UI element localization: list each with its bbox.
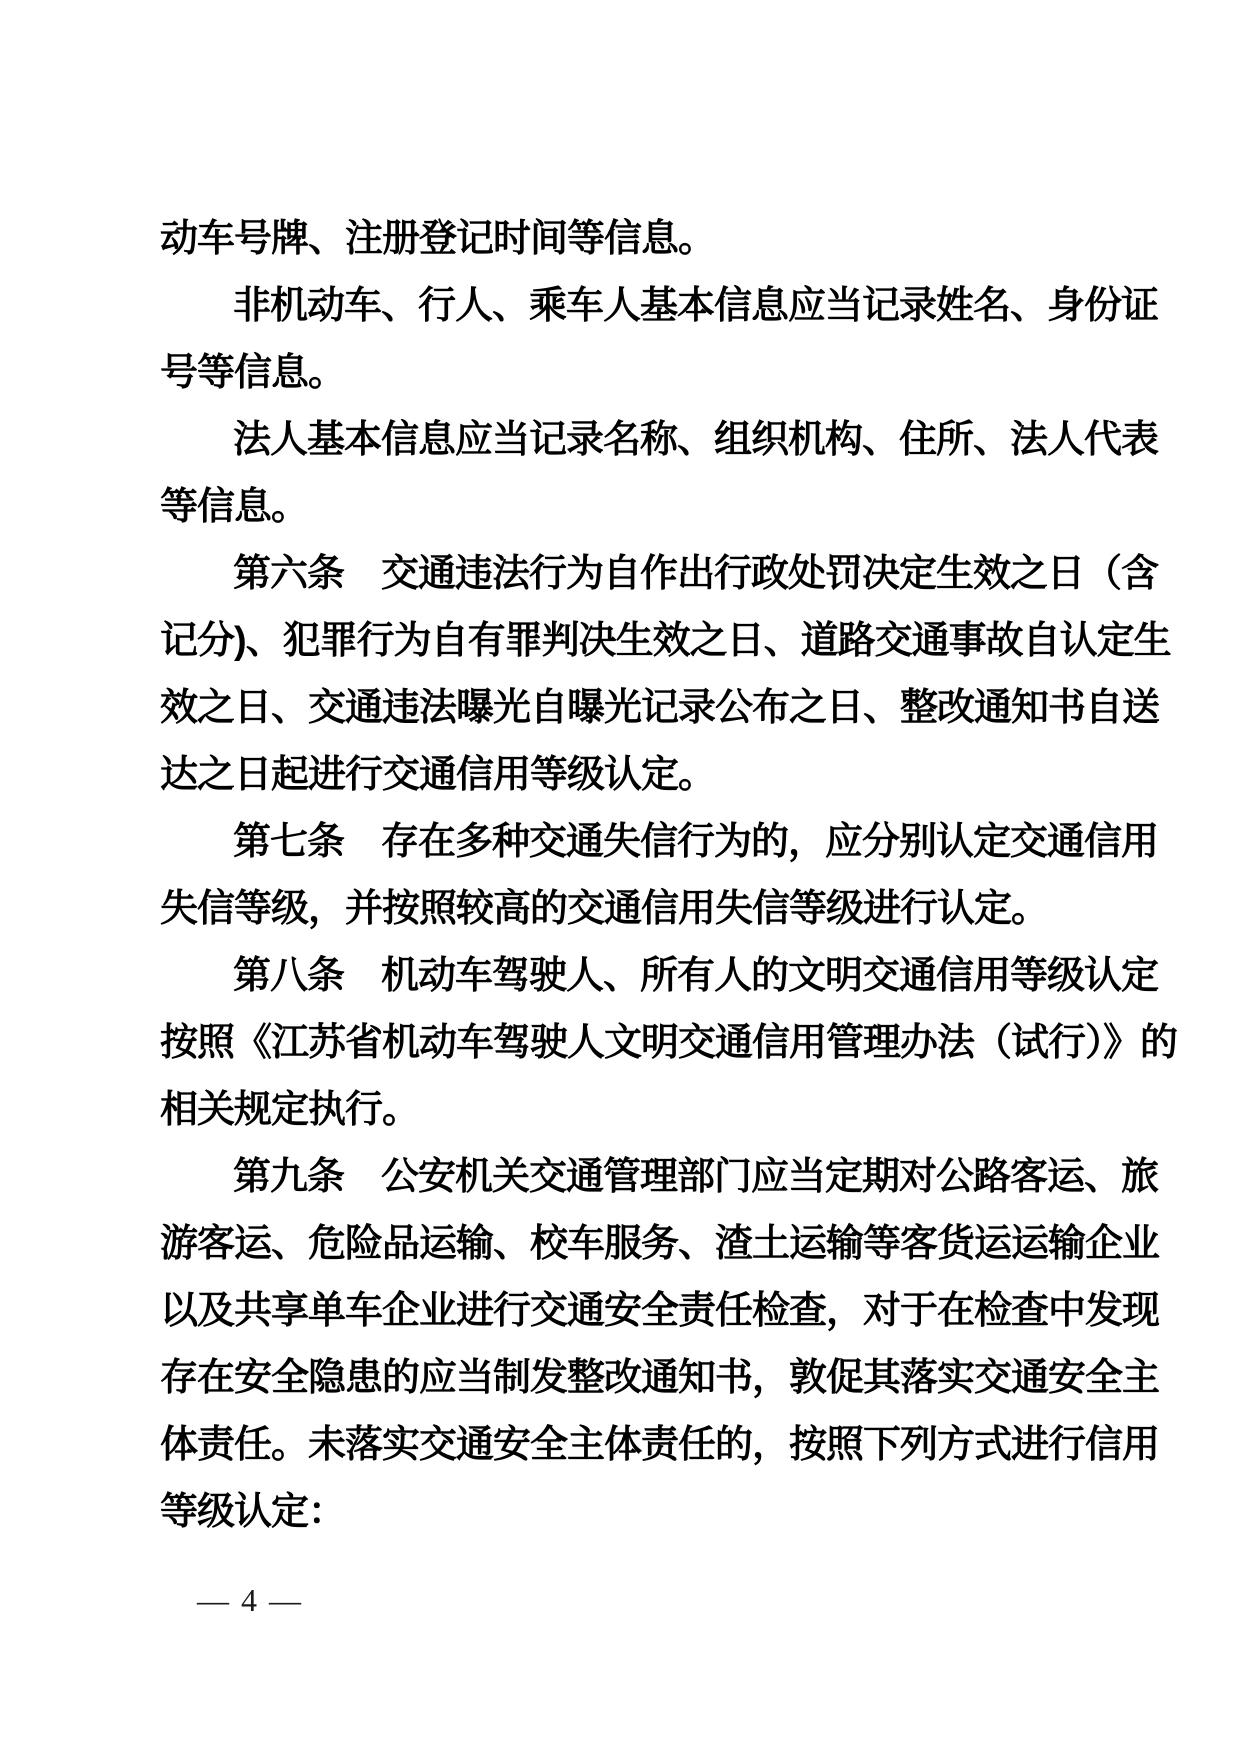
text-line: 动车号牌、注册登记时间等信息。 bbox=[160, 206, 1078, 273]
text-line: 以及共享单车企业进行交通安全责任检查，对于在检查中发现 bbox=[160, 1278, 1078, 1345]
text-line: 记分)、犯罪行为自有罪判决生效之日、道路交通事故自认定生 bbox=[160, 608, 1078, 675]
text-line: 达之日起进行交通信用等级认定。 bbox=[160, 742, 1078, 809]
text-line: 体责任。未落实交通安全主体责任的，按照下列方式进行信用 bbox=[160, 1412, 1078, 1479]
text-line: 游客运、危险品运输、校车服务、渣土运输等客货运运输企业 bbox=[160, 1211, 1078, 1278]
document-text-block: 动车号牌、注册登记时间等信息。非机动车、行人、乘车人基本信息应当记录姓名、身份证… bbox=[160, 206, 1078, 1546]
text-line: 相关规定执行。 bbox=[160, 1077, 1078, 1144]
page-number: — 4 — bbox=[190, 1582, 310, 1619]
text-line: 效之日、交通违法曝光自曝光记录公布之日、整改通知书自送 bbox=[160, 675, 1078, 742]
text-line: 第七条 存在多种交通失信行为的，应分别认定交通信用 bbox=[160, 809, 1078, 876]
text-line: 第九条 公安机关交通管理部门应当定期对公路客运、旅 bbox=[160, 1144, 1078, 1211]
text-line: 等信息。 bbox=[160, 474, 1078, 541]
text-line: 号等信息。 bbox=[160, 340, 1078, 407]
text-line: 等级认定： bbox=[160, 1479, 1078, 1546]
text-line: 非机动车、行人、乘车人基本信息应当记录姓名、身份证 bbox=[160, 273, 1078, 340]
text-line: 按照《江苏省机动车驾驶人文明交通信用管理办法（试行）》的 bbox=[160, 1010, 1078, 1077]
text-line: 第八条 机动车驾驶人、所有人的文明交通信用等级认定 bbox=[160, 943, 1078, 1010]
text-line: 存在安全隐患的应当制发整改通知书，敦促其落实交通安全主 bbox=[160, 1345, 1078, 1412]
document-page: 动车号牌、注册登记时间等信息。非机动车、行人、乘车人基本信息应当记录姓名、身份证… bbox=[0, 0, 1240, 1755]
text-line: 第六条 交通违法行为自作出行政处罚决定生效之日（含 bbox=[160, 541, 1078, 608]
text-line: 失信等级，并按照较高的交通信用失信等级进行认定。 bbox=[160, 876, 1078, 943]
text-line: 法人基本信息应当记录名称、组织机构、住所、法人代表 bbox=[160, 407, 1078, 474]
